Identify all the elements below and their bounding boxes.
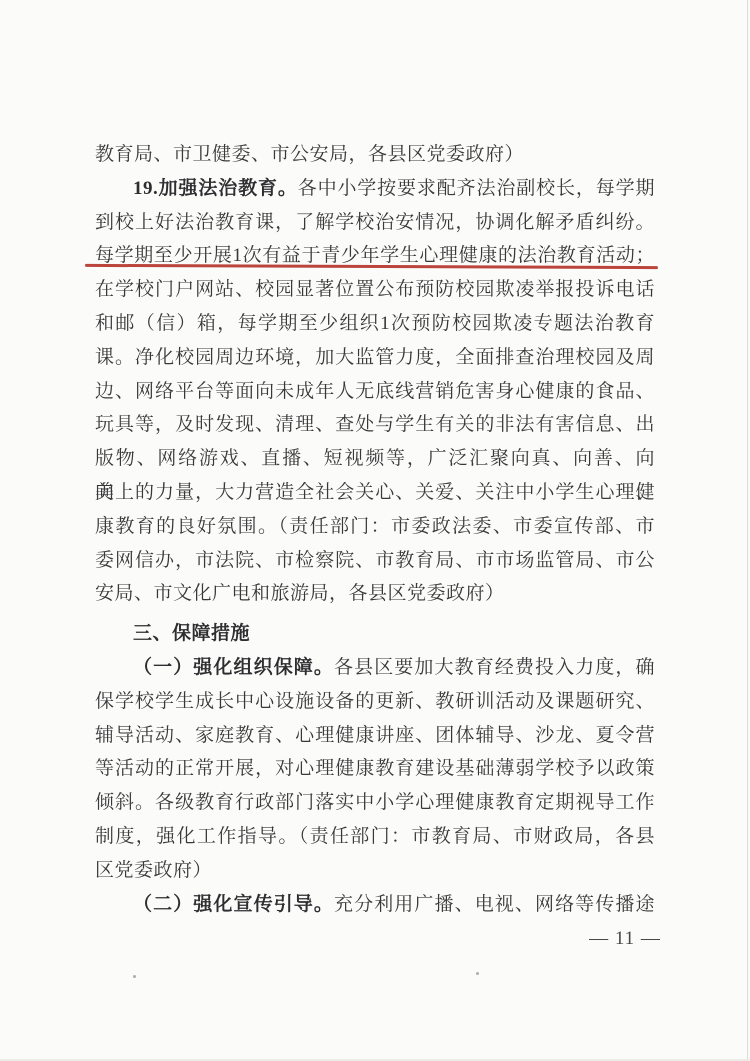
scan-speck — [133, 975, 136, 978]
text-line: 康教育的良好氛围。（责任部门：市委政法委、市委宣传部、市 — [95, 510, 655, 544]
text-line: 保学校学生成长中心设施设备的更新、教研训活动及课题研究、 — [95, 685, 655, 719]
text-line: 课。净化校园周边环境，加大监管力度，全面排查治理校园及周 — [95, 341, 655, 375]
text-run: 康教育的良好氛围。（责任部门：市委政法委、市委宣传部、市 — [95, 516, 655, 537]
text-run: 课。净化校园周边环境，加大监管力度，全面排查治理校园及周 — [95, 347, 655, 368]
text-line: 边、网络平台等面向未成年人无底线营销危害身心健康的食品、 — [95, 375, 655, 409]
text-run: 教育局、市卫健委、市公安局，各县区党委政府） — [95, 144, 524, 165]
text-line: 每学期至少开展1次有益于青少年学生心理健康的法治教育活动； — [95, 239, 655, 273]
text-line: 辅导活动、家庭教育、心理健康讲座、团体辅导、沙龙、夏令营 — [95, 719, 655, 753]
text-line: 区党委政府） — [95, 854, 655, 888]
section-heading-line: 三、保障措施 — [95, 617, 655, 651]
text-run: 委网信办，市法院、市检察院、市教育局、市市场监管局、市公 — [95, 550, 655, 571]
text-run: 安局、市文化广电和旅游局，各县区党委政府） — [95, 583, 505, 604]
bold-run: （二）强化宣传引导。 — [133, 894, 334, 915]
text-run: 充分利用广播、电视、网络等传播途 — [334, 894, 655, 915]
scan-edge-right — [747, 0, 748, 1061]
text-line: 委网信办，市法院、市检察院、市教育局、市市场监管局、市公 — [95, 544, 655, 578]
text-line: 19.加强法治教育。各中小学按要求配齐法治副校长，每学期 — [95, 172, 655, 206]
bold-run: 三、保障措施 — [133, 623, 250, 644]
text-run: 各中小学按要求配齐法治副校长，每学期 — [298, 178, 655, 199]
text-line: 制度，强化工作指导。（责任部门：市教育局、市财政局，各县 — [95, 820, 655, 854]
text-line: 版物、网络游戏、直播、短视频等，广泛汇聚向真、向善、向美、 — [95, 442, 655, 476]
bold-run: 19.加强法治教育。 — [133, 178, 298, 199]
document-lines: 教育局、市卫健委、市公安局，各县区党委政府）19.加强法治教育。各中小学按要求配… — [95, 138, 655, 921]
text-line: 向上的力量，大力营造全社会关心、关爱、关注中小学生心理健 — [95, 476, 655, 510]
text-run: 制度，强化工作指导。（责任部门：市教育局、市财政局，各县 — [95, 826, 655, 847]
text-run: 倾斜。各级教育行政部门落实中小学心理健康教育定期视导工作 — [95, 792, 655, 813]
text-run: 向上的力量，大力营造全社会关心、关爱、关注中小学生心理健 — [95, 482, 655, 503]
text-run: 到校上好法治教育课，了解学校治安情况，协调化解矛盾纠纷。 — [95, 212, 655, 233]
text-line: 安局、市文化广电和旅游局，各县区党委政府） — [95, 577, 655, 611]
text-line: 倾斜。各级教育行政部门落实中小学心理健康教育定期视导工作 — [95, 786, 655, 820]
text-line: （二）强化宣传引导。充分利用广播、电视、网络等传播途 — [95, 888, 655, 922]
scan-speck — [476, 972, 479, 975]
text-run: 玩具等，及时发现、清理、查处与学生有关的非法有害信息、出 — [95, 414, 655, 435]
text-line: 玩具等，及时发现、清理、查处与学生有关的非法有害信息、出 — [95, 408, 655, 442]
page-number: — 11 — — [583, 928, 667, 950]
scanned-document-page: 教育局、市卫健委、市公安局，各县区党委政府）19.加强法治教育。各中小学按要求配… — [0, 0, 750, 1061]
text-line: （一）强化组织保障。各县区要加大教育经费投入力度，确 — [95, 651, 655, 685]
text-run: 和邮（信）箱，每学期至少组织1次预防校园欺凌专题法治教育 — [95, 313, 655, 334]
text-run: 边、网络平台等面向未成年人无底线营销危害身心健康的食品、 — [95, 381, 655, 402]
text-run: 保学校学生成长中心设施设备的更新、教研训活动及课题研究、 — [95, 691, 655, 712]
text-line: 到校上好法治教育课，了解学校治安情况，协调化解矛盾纠纷。 — [95, 206, 655, 240]
text-line: 在学校门户网站、校园显著位置公布预防校园欺凌举报投诉电话 — [95, 273, 655, 307]
text-run: 辅导活动、家庭教育、心理健康讲座、团体辅导、沙龙、夏令营 — [95, 725, 655, 746]
text-run: 区党委政府） — [95, 860, 212, 881]
text-run: 每学期至少开展1次有益于青少年学生心理健康的法治教育活动； — [95, 245, 655, 266]
text-line: 等活动的正常开展，对心理健康教育建设基础薄弱学校予以政策 — [95, 752, 655, 786]
text-run: 在学校门户网站、校园显著位置公布预防校园欺凌举报投诉电话 — [95, 279, 655, 300]
text-line: 教育局、市卫健委、市公安局，各县区党委政府） — [95, 138, 655, 172]
text-line: 和邮（信）箱，每学期至少组织1次预防校园欺凌专题法治教育 — [95, 307, 655, 341]
bold-run: （一）强化组织保障。 — [133, 657, 334, 678]
text-run: 各县区要加大教育经费投入力度，确 — [334, 657, 655, 678]
text-run: 等活动的正常开展，对心理健康教育建设基础薄弱学校予以政策 — [95, 758, 655, 779]
